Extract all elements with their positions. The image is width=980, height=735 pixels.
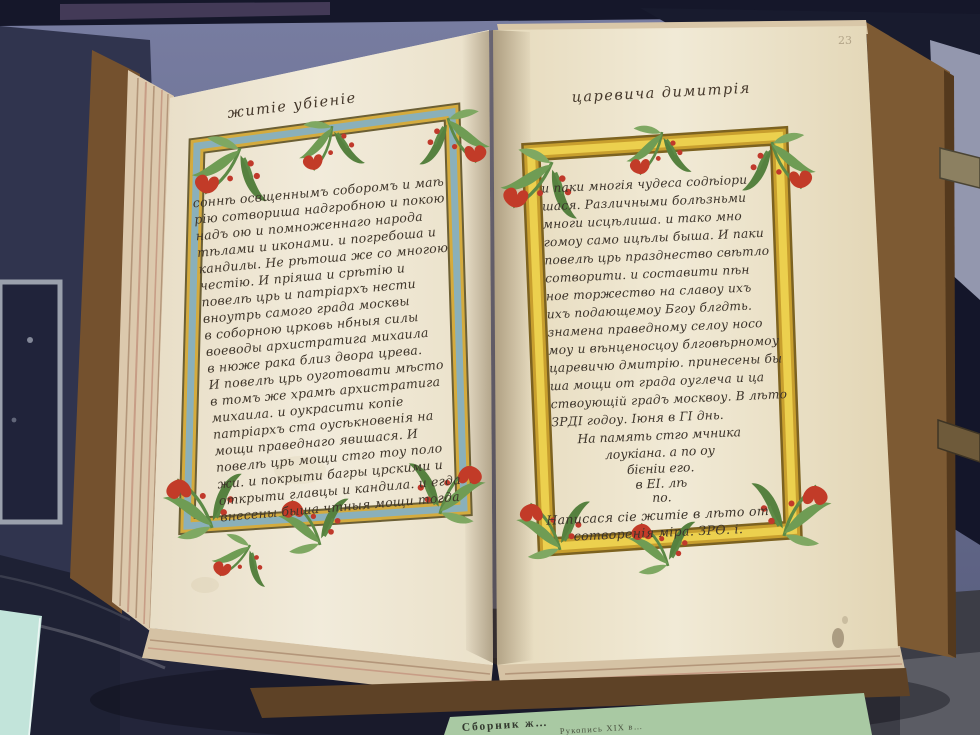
- museum-manuscript-photo: житіе убіеніе царевича димитрія 23 соннѣ…: [0, 0, 980, 735]
- foxing-stain: [191, 577, 219, 593]
- ink-stain: [832, 628, 844, 648]
- manuscript-taper-line: по.: [652, 489, 672, 505]
- folio-number: 23: [838, 34, 852, 47]
- ink-stain: [842, 616, 848, 624]
- spine-shadow-right: [493, 30, 534, 665]
- picture-highlight: [12, 418, 17, 423]
- framed-picture: [0, 282, 60, 522]
- picture-highlight: [27, 337, 33, 343]
